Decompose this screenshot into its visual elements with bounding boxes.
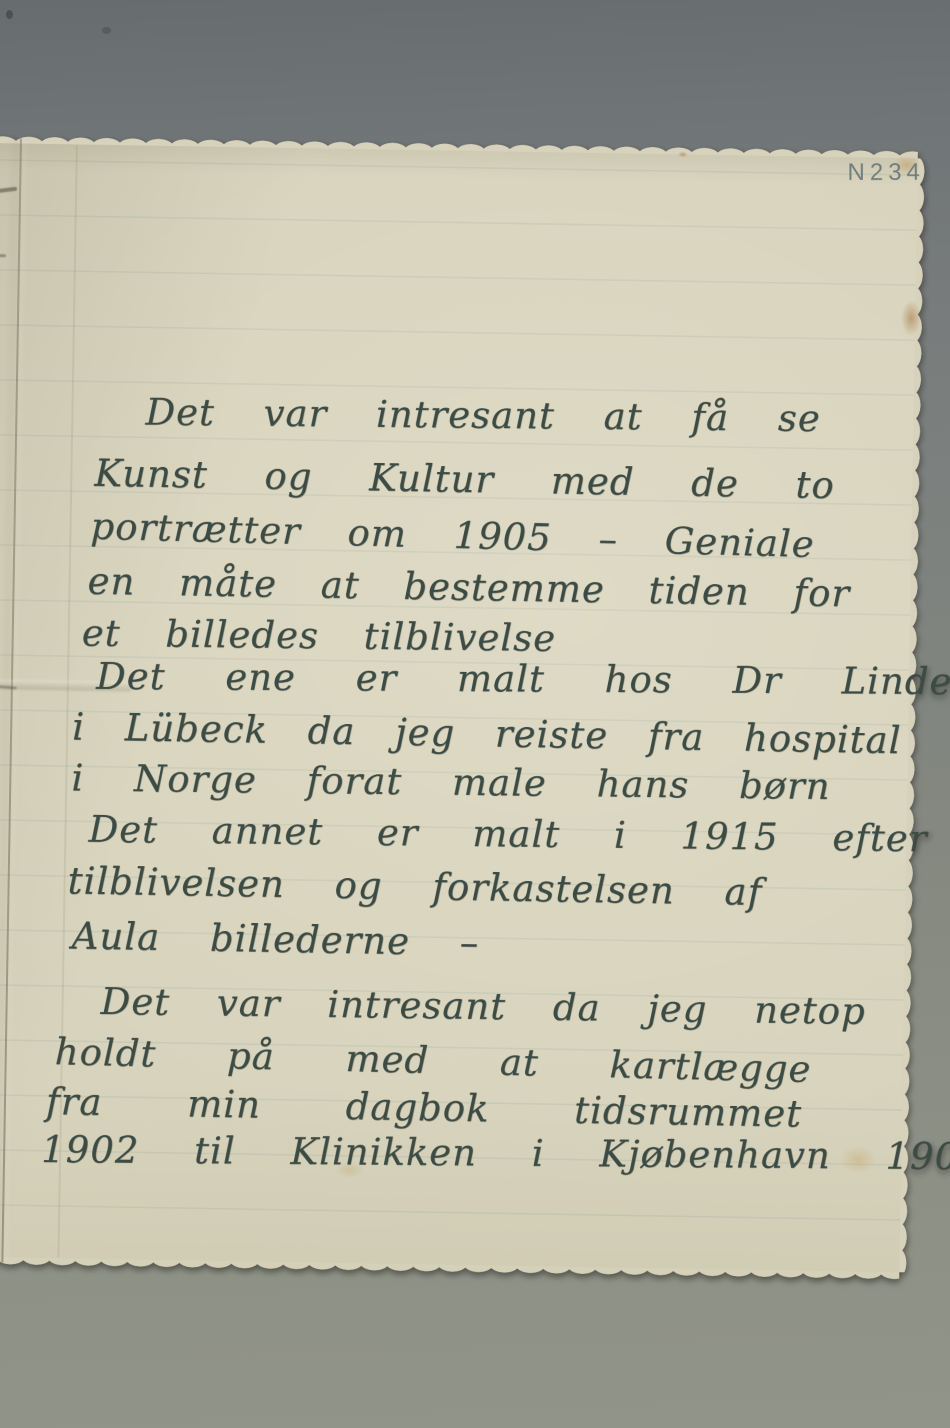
manuscript-line: Aula billederne – <box>71 914 479 964</box>
photograph-backdrop: N234 Det var intresant at få se Kunst og… <box>0 0 950 1428</box>
manuscript-line: et billedes tilblivelse <box>82 612 557 660</box>
edge-nick <box>0 254 6 257</box>
paper-stain <box>678 151 688 157</box>
backdrop-speck <box>6 10 13 19</box>
manuscript-line: 1902 til Klinikken i Kjøbenhavn 1908 <box>41 1128 950 1178</box>
manuscript-line: i Norge forat male hans børn <box>71 756 831 808</box>
manuscript-line: Det var intresant at få se <box>145 391 821 440</box>
backdrop-speck <box>102 27 111 34</box>
archival-number-label: N234 <box>847 159 924 187</box>
manuscript-page: N234 Det var intresant at få se Kunst og… <box>0 136 925 1279</box>
manuscript-line: Det ene er malt hos Dr Linde <box>96 655 950 703</box>
